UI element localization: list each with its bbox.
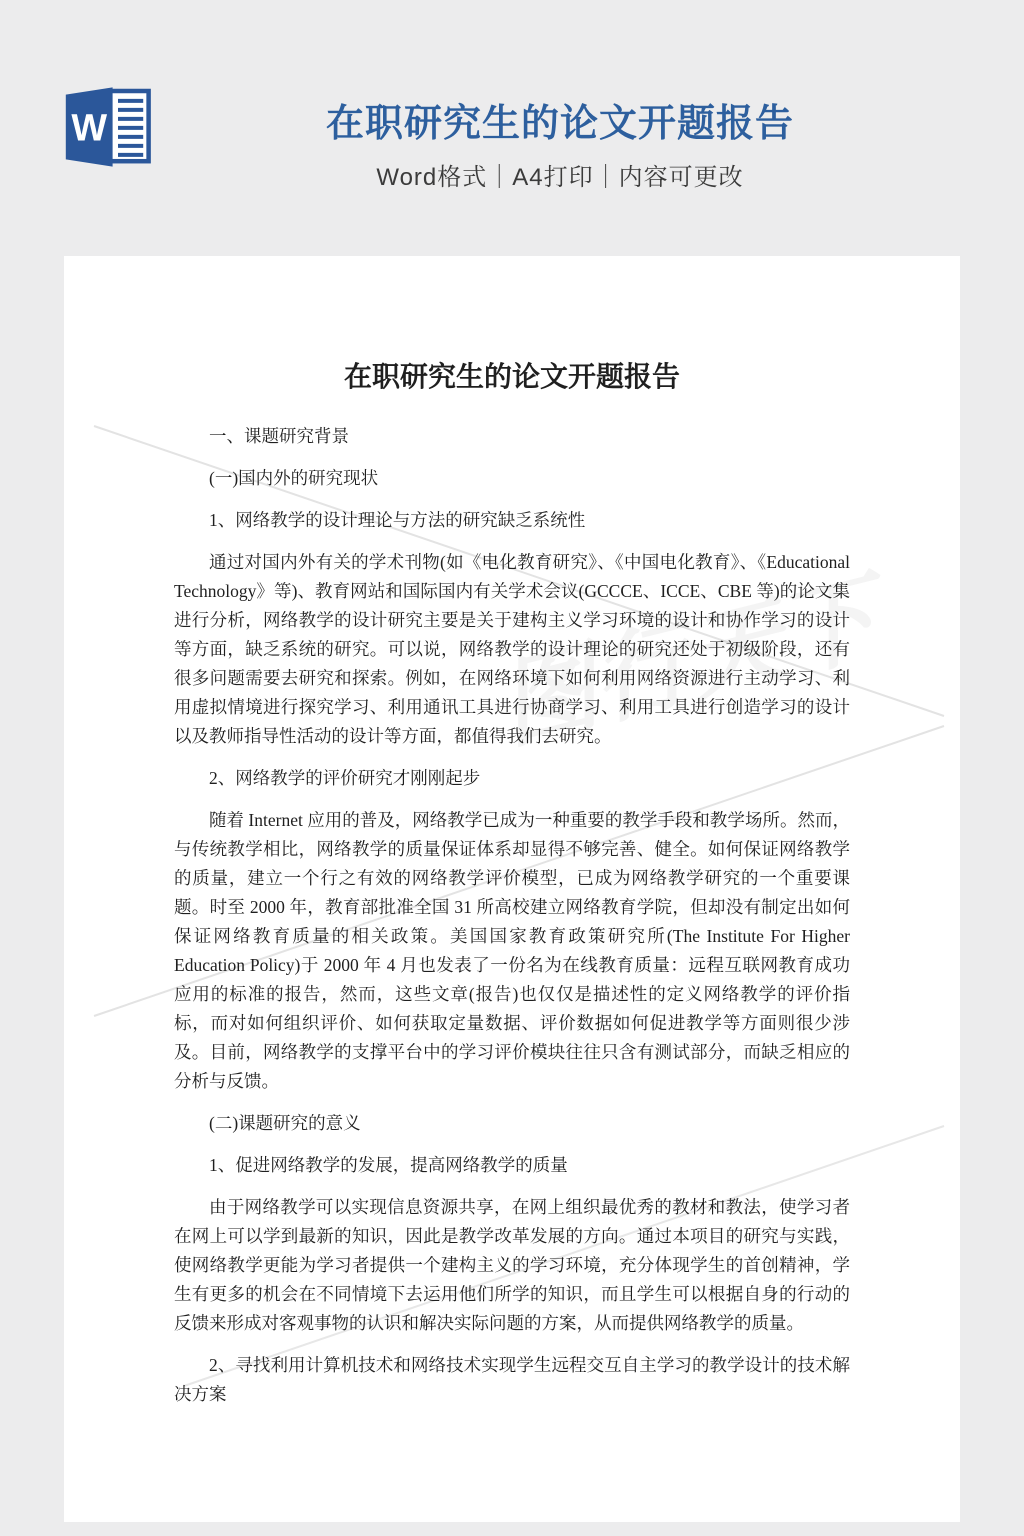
doc-paragraph: 由于网络教学可以实现信息资源共享，在网上组织最优秀的教材和教法，使学习者在网上可… xyxy=(174,1193,850,1338)
doc-paragraph: 通过对国内外有关的学术刊物(如《电化教育研究》、《中国电化教育》、《Educat… xyxy=(174,548,850,751)
document-content: 在职研究生的论文开题报告 一、课题研究背景(一)国内外的研究现状1、网络教学的设… xyxy=(64,256,960,1409)
doc-heading: 2、寻找利用计算机技术和网络技术实现学生远程交互自主学习的教学设计的技术解决方案 xyxy=(174,1351,850,1409)
doc-heading: (二)课题研究的意义 xyxy=(174,1109,850,1138)
document-page: 图行天下 在职研究生的论文开题报告 一、课题研究背景(一)国内外的研究现状1、网… xyxy=(64,256,960,1522)
doc-heading: 一、课题研究背景 xyxy=(174,422,850,451)
header: W 在职研究生的论文开题报告 Word格式｜A4打印｜内容可更改 xyxy=(0,0,1024,256)
header-title: 在职研究生的论文开题报告 xyxy=(326,92,794,147)
word-letter: W xyxy=(71,108,107,150)
document-title: 在职研究生的论文开题报告 xyxy=(174,358,850,398)
word-document-lines xyxy=(118,101,143,155)
doc-paragraph: 随着 Internet 应用的普及，网络教学已成为一种重要的教学手段和教学场所。… xyxy=(174,806,850,1096)
doc-heading: 1、促进网络教学的发展，提高网络教学的质量 xyxy=(174,1151,850,1180)
doc-heading: (一)国内外的研究现状 xyxy=(174,464,850,493)
doc-heading: 1、网络教学的设计理论与方法的研究缺乏系统性 xyxy=(174,506,850,535)
document-body: 一、课题研究背景(一)国内外的研究现状1、网络教学的设计理论与方法的研究缺乏系统… xyxy=(174,422,850,1409)
header-subtitle: Word格式｜A4打印｜内容可更改 xyxy=(376,157,743,192)
doc-heading: 2、网络教学的评价研究才刚刚起步 xyxy=(174,764,850,793)
word-file-icon: W xyxy=(64,84,154,170)
